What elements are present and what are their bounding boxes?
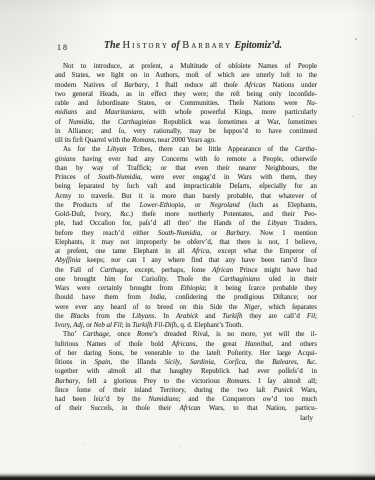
text-line: Gold-Duſt, Ivory, &c.) theſe more northe…	[55, 210, 317, 219]
text-line: one brought him for Curioſity. Thoſe the…	[55, 275, 317, 284]
body-text-paragraph: Tho’ Carthage, once Rome’s dreaded Rival…	[55, 330, 317, 413]
text-line: before they reach’d either South-Numidia…	[55, 229, 317, 238]
text-line: had been ſeiz’d by the Numidians; and th…	[55, 395, 317, 404]
body-text-paragraph: Not to introduce, at preſent, a Multitud…	[55, 62, 317, 145]
catchword: larly	[55, 414, 317, 423]
text-line: Army to traverſe. But it is more than ba…	[55, 192, 317, 201]
text-line: at preſent, one tame Elephant in all Afr…	[55, 247, 317, 256]
text-line: Abyſſinia keeps; nor can I any where fin…	[55, 256, 317, 265]
text-line: midians and Mauritanians, with whoſe pow…	[55, 108, 317, 117]
title-history: History	[123, 40, 169, 51]
text-line: two general Heads, as in effect they wer…	[55, 90, 317, 99]
title-epitomizd: Epitomiz’d.	[235, 40, 283, 51]
text-line: ſince ſome of their inland Territory, du…	[55, 386, 317, 395]
title-of: of	[171, 40, 179, 51]
text-line: ginians having ever had any Concerns wit…	[55, 155, 317, 164]
text-line: in Alliance; and ſo, very rationally, ma…	[55, 127, 317, 136]
text-line: ſhould have them from India, conſidering…	[55, 293, 317, 302]
title-the: The	[104, 40, 120, 51]
body-text-paragraph: As for the Libyan Tribes, there can be l…	[55, 145, 317, 330]
text-line: of Numidia, the Carthaginian Republick w…	[55, 118, 317, 127]
text-line: Princes of South-Numidia, were ever enga…	[55, 173, 317, 182]
text-line: the Fall of Carthage, except, perhaps, ſ…	[55, 266, 317, 275]
text-block: 18 The History of Barbary Epitomiz’d. No…	[55, 40, 317, 423]
title-barbary: Barbary	[182, 40, 232, 51]
text-line: of her daring Sons, be venerable to the …	[55, 349, 317, 358]
text-line: Barbary, fell a glorious Prey to the vic…	[55, 377, 317, 386]
page-header: 18 The History of Barbary Epitomiz’d.	[55, 40, 317, 53]
text-line: Wars were certainly brought from Ethiopi…	[55, 284, 317, 293]
scan-speck	[178, 446, 181, 447]
scan-speck	[82, 444, 85, 445]
text-line: were ever any heard of to breed on this …	[55, 303, 317, 312]
scan-speck	[355, 38, 357, 40]
text-line: As for the Libyan Tribes, there can be l…	[55, 145, 317, 154]
text-line: modern Natives of Barbary, I ſhall reduc…	[55, 81, 317, 90]
body-text: Not to introduce, at preſent, a Multitud…	[55, 62, 317, 414]
text-line: the Products of the Lower-Ethiopia, or N…	[55, 201, 317, 210]
text-line: ple, had Occaſion for, paſs’d all thro’ …	[55, 219, 317, 228]
scanned-book-page: 18 The History of Barbary Epitomiz’d. No…	[0, 0, 375, 480]
text-line: rable and ſubordinate States, or Communi…	[55, 99, 317, 108]
text-line: ſitions in Spain, the Iſlands Sicily, Sa…	[55, 358, 317, 367]
text-line: and States, we light on in Authors, moſt…	[55, 71, 317, 80]
text-line: till its firſt Quarrel with the Romans, …	[55, 136, 317, 145]
scan-bottom-edge	[0, 472, 375, 480]
text-line: luſtrious Names of thoſe bold Africans, …	[55, 340, 317, 349]
page-title: The History of Barbary Epitomiz’d.	[55, 40, 317, 51]
scan-speck	[366, 129, 367, 130]
text-line: Ivory, Adj, or Neb al Fil; in Turkiſh Fi…	[55, 321, 317, 330]
text-line: being ſeparated by ſuch vaſt and impract…	[55, 182, 317, 191]
scan-speck	[352, 116, 354, 117]
text-line: than by way of Traffick; or that even th…	[55, 164, 317, 173]
page-number: 18	[57, 43, 69, 52]
text-line: together with almoſt all that haughty Re…	[55, 367, 317, 376]
text-line: of their Succeſs, in thoſe their African…	[55, 404, 317, 413]
text-line: the Blacks from the Libyans. In Arabick …	[55, 312, 317, 321]
text-line: Not to introduce, at preſent, a Multitud…	[55, 62, 317, 71]
text-line: Elephants, it may not improperly be obſe…	[55, 238, 317, 247]
text-line: Tho’ Carthage, once Rome’s dreaded Rival…	[55, 330, 317, 339]
